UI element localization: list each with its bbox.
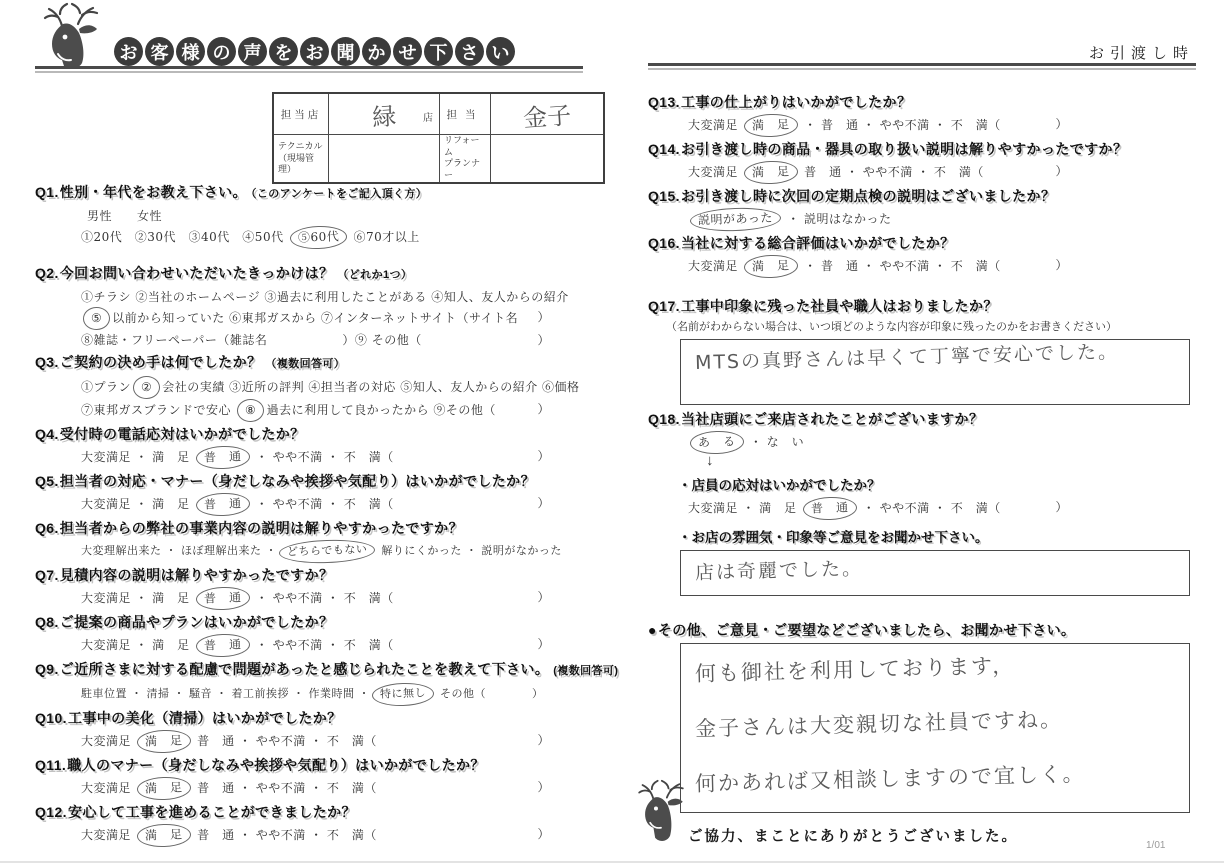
option-text: 普 通 ・ やや不満 ・ 不 満（ [193, 781, 377, 795]
option-text: 普 通 ・ やや不満 ・ 不 満（ [193, 828, 377, 842]
sub-question-title: ・店員の応対はいかがでしたか？ [678, 474, 1196, 494]
option-text: ①プラン [81, 380, 131, 394]
option-text: ⑥70才以上 [349, 230, 420, 244]
circled-answer: 普 通 [196, 492, 250, 517]
option-text: ・ 説明はなかった [783, 212, 892, 226]
store-value-cell: 緑 店 [329, 93, 440, 135]
question-block: Q1.性別・年代をお教え下さい。（このアンケートをご記入頂く方）男性 女性①20… [35, 184, 613, 249]
circled-answer: 特に無し [372, 682, 435, 707]
store-value-handwritten: 緑 [371, 96, 397, 133]
question-title: Q11.職人のマナー（身だしなみや挨拶や気配り）はいかがでしたか？ [35, 757, 613, 774]
question-block: Q13.工事の仕上がりはいかがでしたか？大変満足 満 足 ・ 普 通 ・ やや不… [648, 94, 1196, 137]
question-title: Q14.お引き渡し時の商品・器具の取り扱い説明は解りやすかったですか？ [648, 141, 1196, 158]
handwritten-comment-box: MTSの真野さんは早くて丁寧で安心でした。 [680, 339, 1190, 405]
question-block: Q11.職人のマナー（身だしなみや挨拶や気配り）はいかがでしたか？大変満足 満 … [35, 757, 613, 800]
question-number: Q16. [648, 235, 680, 251]
question-text: 工事中印象に残った社員や職人はおりましたか？ [681, 298, 998, 314]
question-block: Q10.工事中の美化（清掃）はいかがでしたか？大変満足 満 足 普 通 ・ やや… [35, 710, 613, 753]
question-number: Q14. [648, 141, 680, 157]
option-text: ⑧雑誌・フリーペーパー（雑誌名 ）⑨ その他（ [81, 333, 422, 347]
question-block: Q14.お引き渡し時の商品・器具の取り扱い説明は解りやすかったですか？大変満足 … [648, 141, 1196, 184]
handwritten-text: 店は奇麗でした。 [695, 545, 1176, 585]
circled-answer: 満 足 [137, 776, 191, 801]
handwritten-comment-box: 何も御社を利用しております，金子さんは大変親切な社員ですね。何かあれば又相談しま… [680, 643, 1190, 813]
option-text: 男性 女性 [87, 209, 162, 223]
title-char: の [207, 37, 236, 66]
option-text: ・ やや不満 ・ 不 満（ [251, 497, 393, 511]
option-line: 大変満足 満 足 普 通 ・ やや不満 ・ 不 満（） [35, 824, 550, 847]
title-char: せ [393, 37, 422, 66]
option-line: ①プラン②会社の実績 ③近所の評判 ④担当者の対応 ⑤知人、友人からの紹介 ⑥価… [35, 376, 550, 399]
close-paren: ） [537, 634, 550, 654]
option-text: 大変満足 [688, 259, 742, 273]
title-char: お [300, 37, 329, 66]
question-number: Q12. [35, 804, 67, 820]
circled-answer: あ る [690, 430, 744, 455]
option-line: 大変満足 ・ 満 足 普 通 ・ やや不満 ・ 不 満（） [648, 497, 1068, 520]
question-title: Q6.担当者からの弊社の事業内容の説明は解りやすかったですか？ [35, 520, 613, 537]
title-char: 客 [145, 37, 174, 66]
circled-answer: どちらでもない [279, 538, 376, 564]
question-text: 担当者からの弊社の事業内容の説明は解りやすかったですか？ [60, 520, 463, 536]
close-paren: ） [537, 399, 550, 419]
question-title: Q3.ご契約の決め手は何でしたか？（複数回答可） [35, 354, 613, 373]
question-title: Q10.工事中の美化（清掃）はいかがでしたか？ [35, 710, 613, 727]
question-number: Q10. [35, 710, 67, 726]
title-char: を [269, 37, 298, 66]
option-line: 大変満足 ・ 満 足 普 通 ・ やや不満 ・ 不 満（） [35, 634, 550, 657]
question-text: 安心して工事を進めることができましたか？ [68, 804, 356, 820]
question-text: 受付時の電話応対はいかがでしたか？ [60, 426, 305, 442]
question-title: Q12.安心して工事を進めることができましたか？ [35, 804, 613, 821]
title-char: か [362, 37, 391, 66]
question-title: Q18.当社店頭にご来店されたことがございますか？ [648, 411, 1196, 428]
circled-answer: ⑧ [237, 399, 265, 423]
circled-answer: 説明があった [690, 206, 782, 232]
close-paren: ） [537, 493, 550, 513]
circled-answer: 普 通 [196, 633, 250, 658]
header-rule-right [648, 63, 1196, 70]
question-block: Q12.安心して工事を進めることができましたか？大変満足 満 足 普 通 ・ や… [35, 804, 613, 847]
sub-question-title: ・お店の雰囲気・印象等ご意見をお聞かせ下さい。 [678, 526, 1196, 546]
question-block: Q17.工事中印象に残った社員や職人はおりましたか？（名前がわからない場合は、い… [648, 298, 1196, 405]
circled-answer: ⑤ [83, 307, 111, 331]
question-note: （どれか1つ） [337, 269, 412, 281]
title-char: い [486, 37, 515, 66]
circled-answer: 満 足 [744, 113, 798, 138]
deer-logo-icon [34, 2, 108, 75]
question-note: （複数回答可） [265, 358, 345, 370]
option-text: 大変満足 ・ 満 足 [81, 638, 194, 652]
question-number: Q13. [648, 94, 680, 110]
question-note: （このアンケートをご記入頂く方） [251, 188, 427, 200]
option-text: 大変満足 [688, 165, 742, 179]
handwritten-text: 何も御社を利用しております， [695, 645, 1176, 688]
close-paren: ） [537, 777, 550, 797]
down-arrow-icon: ↓ [648, 454, 1196, 468]
handwritten-text: 何かあれば又相談しますので宜しく。 [695, 755, 1176, 798]
circled-answer: 満 足 [744, 160, 798, 185]
page-title: お客様の声をお聞かせ下さい [114, 37, 515, 66]
question-number: Q2. [35, 265, 59, 281]
question-number: Q11. [35, 757, 66, 773]
question-text: ご提案の商品やプランはいかがでしたか？ [60, 614, 334, 630]
question-text: ご近所さまに対する配慮で問題があったと感じられたことを教えて下さい。 [60, 661, 549, 677]
close-paren: ） [537, 730, 550, 750]
question-subnote: （名前がわからない場合は、いつ頃どのような内容が印象に残ったのかをお書きください… [648, 318, 1196, 335]
title-char: 様 [176, 37, 205, 66]
planner-label: リフォーム プランナー [440, 135, 491, 183]
question-text: その他、ご意見・ご要望などございましたら、お聞かせ下さい。 [658, 622, 1076, 638]
question-title: Q2.今回お問い合わせいただいたきっかけは？（どれか1つ） [35, 265, 613, 284]
question-block: ●その他、ご意見・ご要望などございましたら、お聞かせ下さい。何も御社を利用してお… [648, 622, 1196, 813]
question-number: Q1. [35, 184, 59, 200]
title-char: 聞 [331, 37, 360, 66]
store-unit: 店 [423, 109, 433, 124]
close-paren: ） [1055, 114, 1068, 134]
option-text: その他（ ） [436, 687, 544, 700]
option-line: 大変満足 ・ 満 足 普 通 ・ やや不満 ・ 不 満（） [35, 446, 550, 469]
option-text: ・ やや不満 ・ 不 満（ [251, 591, 393, 605]
close-paren: ） [1055, 161, 1068, 181]
question-number: Q17. [648, 298, 680, 314]
question-block: Q5.担当者の対応・マナー（身だしなみや挨拶や気配り）はいかがでしたか？大変満足… [35, 473, 613, 516]
option-line: 大変満足 ・ 満 足 普 通 ・ やや不満 ・ 不 満（） [35, 587, 550, 610]
circled-answer: ⑤60代 [290, 225, 348, 250]
handwritten-text: MTSの真野さんは早くて丁寧で安心でした。 [695, 335, 1176, 375]
circled-answer: 満 足 [137, 823, 191, 848]
question-text: 性別・年代をお教え下さい。 [60, 184, 247, 200]
question-note: (複数回答可) [553, 665, 618, 677]
option-text: ・ な い [746, 435, 805, 449]
page-number: 1/01 [1146, 840, 1165, 851]
option-line: 説明があった ・ 説明はなかった [648, 208, 1068, 231]
question-text: 担当者の対応・マナー（身だしなみや挨拶や気配り）はいかがでしたか？ [60, 473, 535, 489]
staff-table: 担当店 緑 店 担当 金子 テクニカル （現場管理） リフォーム プランナー [272, 92, 605, 184]
question-title: Q13.工事の仕上がりはいかがでしたか？ [648, 94, 1196, 111]
question-number: Q9. [35, 661, 59, 677]
question-title: Q1.性別・年代をお教え下さい。（このアンケートをご記入頂く方） [35, 184, 613, 203]
question-text: 職人のマナー（身だしなみや挨拶や気配り）はいかがでしたか？ [67, 757, 485, 773]
question-title: Q16.当社に対する総合評価はいかがでしたか？ [648, 235, 1196, 252]
option-text: 大変満足 ・ 満 足 [81, 497, 194, 511]
option-text: 大変満足 ・ 満 足 [81, 450, 194, 464]
question-text: 見積内容の説明は解りやすかったですか？ [60, 567, 334, 583]
option-line: ①20代 ②30代 ③40代 ④50代 ⑤60代 ⑥70才以上 [35, 226, 550, 249]
title-char: 下 [424, 37, 453, 66]
question-block: Q6.担当者からの弊社の事業内容の説明は解りやすかったですか？大変理解出来た ・… [35, 520, 613, 563]
question-number: Q8. [35, 614, 59, 630]
handwritten-comment-box: 店は奇麗でした。 [680, 550, 1190, 596]
option-text: 大変満足 ・ 満 足 [688, 501, 801, 515]
title-char: さ [455, 37, 484, 66]
handwritten-text: 金子さんは大変親切な社員ですね。 [695, 700, 1176, 743]
question-number: Q4. [35, 426, 59, 442]
question-block: Q7.見積内容の説明は解りやすかったですか？大変満足 ・ 満 足 普 通 ・ や… [35, 567, 613, 610]
option-text: ⑦東邦ガスブランドで安心 [81, 403, 235, 417]
circled-answer: 普 通 [196, 445, 250, 470]
question-block: Q18.当社店頭にご来店されたことがございますか？あ る ・ な い↓・店員の応… [648, 411, 1196, 596]
rep-value-cell: 金子 [491, 93, 605, 135]
question-block: Q9.ご近所さまに対する配慮で問題があったと感じられたことを教えて下さい。(複数… [35, 661, 613, 706]
close-paren: ） [537, 587, 550, 607]
option-text: ①20代 ②30代 ③40代 ④50代 [81, 230, 288, 244]
option-text: 大変満足 [81, 734, 135, 748]
option-line: 大変満足 満 足 普 通 ・ やや不満 ・ 不 満（） [648, 161, 1068, 184]
option-line: 男性 女性 [35, 206, 550, 226]
question-number: Q15. [648, 188, 680, 204]
question-block: Q2.今回お問い合わせいただいたきっかけは？（どれか1つ）①チラシ ②当社のホー… [35, 265, 613, 350]
circled-answer: 普 通 [803, 496, 857, 521]
option-text: ・ 普 通 ・ やや不満 ・ 不 満（ [800, 259, 1001, 273]
planner-value-cell [491, 135, 605, 183]
option-text: ・ やや不満 ・ 不 満（ [858, 501, 1000, 515]
option-line: ⑦東邦ガスブランドで安心 ⑧過去に利用して良かったから ⑨その他（） [35, 399, 550, 422]
question-title: ●その他、ご意見・ご要望などございましたら、お聞かせ下さい。 [648, 622, 1196, 639]
close-paren: ） [1055, 497, 1068, 517]
question-block: Q8.ご提案の商品やプランはいかがでしたか？大変満足 ・ 満 足 普 通 ・ や… [35, 614, 613, 657]
right-question-column: Q13.工事の仕上がりはいかがでしたか？大変満足 満 足 ・ 普 通 ・ やや不… [648, 94, 1196, 819]
option-text: 大変満足 [81, 781, 135, 795]
option-text: ・ やや不満 ・ 不 満（ [251, 638, 393, 652]
scan-edge-line [0, 861, 1224, 863]
option-text: 大変満足 ・ 満 足 [81, 591, 194, 605]
close-paren: ） [537, 824, 550, 844]
question-number: Q3. [35, 354, 59, 370]
question-block: Q16.当社に対する総合評価はいかがでしたか？大変満足 満 足 ・ 普 通 ・ … [648, 235, 1196, 278]
thanks-message: ご協力、まことにありがとうございました。 [688, 825, 1018, 846]
option-line: 大変理解出来た ・ ほぼ理解出来た ・どちらでもない 解りにくかった ・ 説明が… [35, 540, 550, 563]
question-text: 工事の仕上がりはいかがでしたか？ [681, 94, 911, 110]
option-text: 大変理解出来た ・ ほぼ理解出来た ・ [81, 544, 277, 557]
question-text: 今回お問い合わせいただいたきっかけは？ [60, 265, 334, 281]
question-title: Q4.受付時の電話応対はいかがでしたか？ [35, 426, 613, 443]
option-text: 過去に利用して良かったから ⑨その他（ [267, 403, 496, 417]
option-text: 解りにくかった ・ 説明がなかった [377, 544, 562, 557]
question-text: お引き渡し時に次回の定期点検の説明はございましたか？ [681, 188, 1055, 204]
close-paren: ） [537, 330, 550, 350]
circled-answer: 満 足 [744, 254, 798, 279]
question-number: Q6. [35, 520, 59, 536]
circled-answer: 満 足 [137, 729, 191, 754]
question-text: 当社店頭にご来店されたことがございますか？ [681, 411, 983, 427]
technical-value-cell [329, 135, 440, 183]
close-paren: ） [537, 446, 550, 466]
store-label: 担当店 [273, 93, 329, 135]
rep-value-handwritten: 金子 [522, 95, 572, 133]
close-paren: ） [537, 307, 550, 327]
option-line: ①チラシ ②当社のホームページ ③過去に利用したことがある ④知人、友人からの紹… [35, 287, 550, 307]
option-text: 大変満足 [688, 118, 742, 132]
option-text: 大変満足 [81, 828, 135, 842]
question-text: 工事中の美化（清掃）はいかがでしたか？ [68, 710, 342, 726]
option-text: 以前から知っていた ⑥東邦ガスから ⑦インターネットサイト（サイト名 [112, 311, 518, 325]
question-title: Q17.工事中印象に残った社員や職人はおりましたか？ [648, 298, 1196, 315]
question-number: ● [648, 622, 657, 638]
option-line: ⑧雑誌・フリーペーパー（雑誌名 ）⑨ その他（） [35, 330, 550, 350]
option-line: 駐車位置 ・ 清掃 ・ 騒音 ・ 着工前挨拶 ・ 作業時間 ・特に無し その他（… [35, 683, 550, 706]
rep-label: 担当 [440, 93, 491, 135]
question-block: Q15.お引き渡し時に次回の定期点検の説明はございましたか？説明があった ・ 説… [648, 188, 1196, 231]
question-title: Q7.見積内容の説明は解りやすかったですか？ [35, 567, 613, 584]
question-title: Q8.ご提案の商品やプランはいかがでしたか？ [35, 614, 613, 631]
technical-label: テクニカル （現場管理） [273, 135, 329, 183]
title-char: お [114, 37, 143, 66]
option-line: 大変満足 ・ 満 足 普 通 ・ やや不満 ・ 不 満（） [35, 493, 550, 516]
question-number: Q18. [648, 411, 680, 427]
option-line: 大変満足 満 足 普 通 ・ やや不満 ・ 不 満（） [35, 777, 550, 800]
option-text: 普 通 ・ やや不満 ・ 不 満（ [193, 734, 377, 748]
option-line: あ る ・ な い [648, 431, 1068, 454]
deer-logo-icon [630, 770, 692, 857]
question-title: Q15.お引き渡し時に次回の定期点検の説明はございましたか？ [648, 188, 1196, 205]
close-paren: ） [1055, 255, 1068, 275]
question-title: Q5.担当者の対応・マナー（身だしなみや挨拶や気配り）はいかがでしたか？ [35, 473, 613, 490]
title-char: 声 [238, 37, 267, 66]
option-line: ⑤以前から知っていた ⑥東邦ガスから ⑦インターネットサイト（サイト名） [35, 307, 550, 330]
header-rule-left [35, 66, 583, 73]
question-block: Q3.ご契約の決め手は何でしたか？（複数回答可）①プラン②会社の実績 ③近所の評… [35, 354, 613, 422]
question-text: ご契約の決め手は何でしたか？ [60, 354, 262, 370]
option-line: 大変満足 満 足 普 通 ・ やや不満 ・ 不 満（） [35, 730, 550, 753]
option-text: 普 通 ・ やや不満 ・ 不 満（ [800, 165, 984, 179]
option-text: ・ やや不満 ・ 不 満（ [251, 450, 393, 464]
option-text: ①チラシ ②当社のホームページ ③過去に利用したことがある ④知人、友人からの紹… [81, 290, 569, 304]
option-text: 駐車位置 ・ 清掃 ・ 騒音 ・ 着工前挨拶 ・ 作業時間 ・ [81, 687, 370, 700]
option-line: 大変満足 満 足 ・ 普 通 ・ やや不満 ・ 不 満（） [648, 114, 1068, 137]
question-block: Q4.受付時の電話応対はいかがでしたか？大変満足 ・ 満 足 普 通 ・ やや不… [35, 426, 613, 469]
question-number: Q7. [35, 567, 59, 583]
question-number: Q5. [35, 473, 59, 489]
option-text: ・ 普 通 ・ やや不満 ・ 不 満（ [800, 118, 1001, 132]
question-text: お引き渡し時の商品・器具の取り扱い説明は解りやすかったですか？ [681, 141, 1127, 157]
option-text: 会社の実績 ③近所の評判 ④担当者の対応 ⑤知人、友人からの紹介 ⑥価格 [162, 380, 579, 394]
question-text: 当社に対する総合評価はいかがでしたか？ [681, 235, 955, 251]
circled-answer: 普 通 [196, 586, 250, 611]
left-question-column: Q1.性別・年代をお教え下さい。（このアンケートをご記入頂く方）男性 女性①20… [35, 184, 613, 851]
section-label: お引渡し時 [1089, 42, 1194, 63]
option-line: 大変満足 満 足 ・ 普 通 ・ やや不満 ・ 不 満（） [648, 255, 1068, 278]
question-title: Q9.ご近所さまに対する配慮で問題があったと感じられたことを教えて下さい。(複数… [35, 661, 613, 680]
circled-answer: ② [133, 376, 161, 400]
